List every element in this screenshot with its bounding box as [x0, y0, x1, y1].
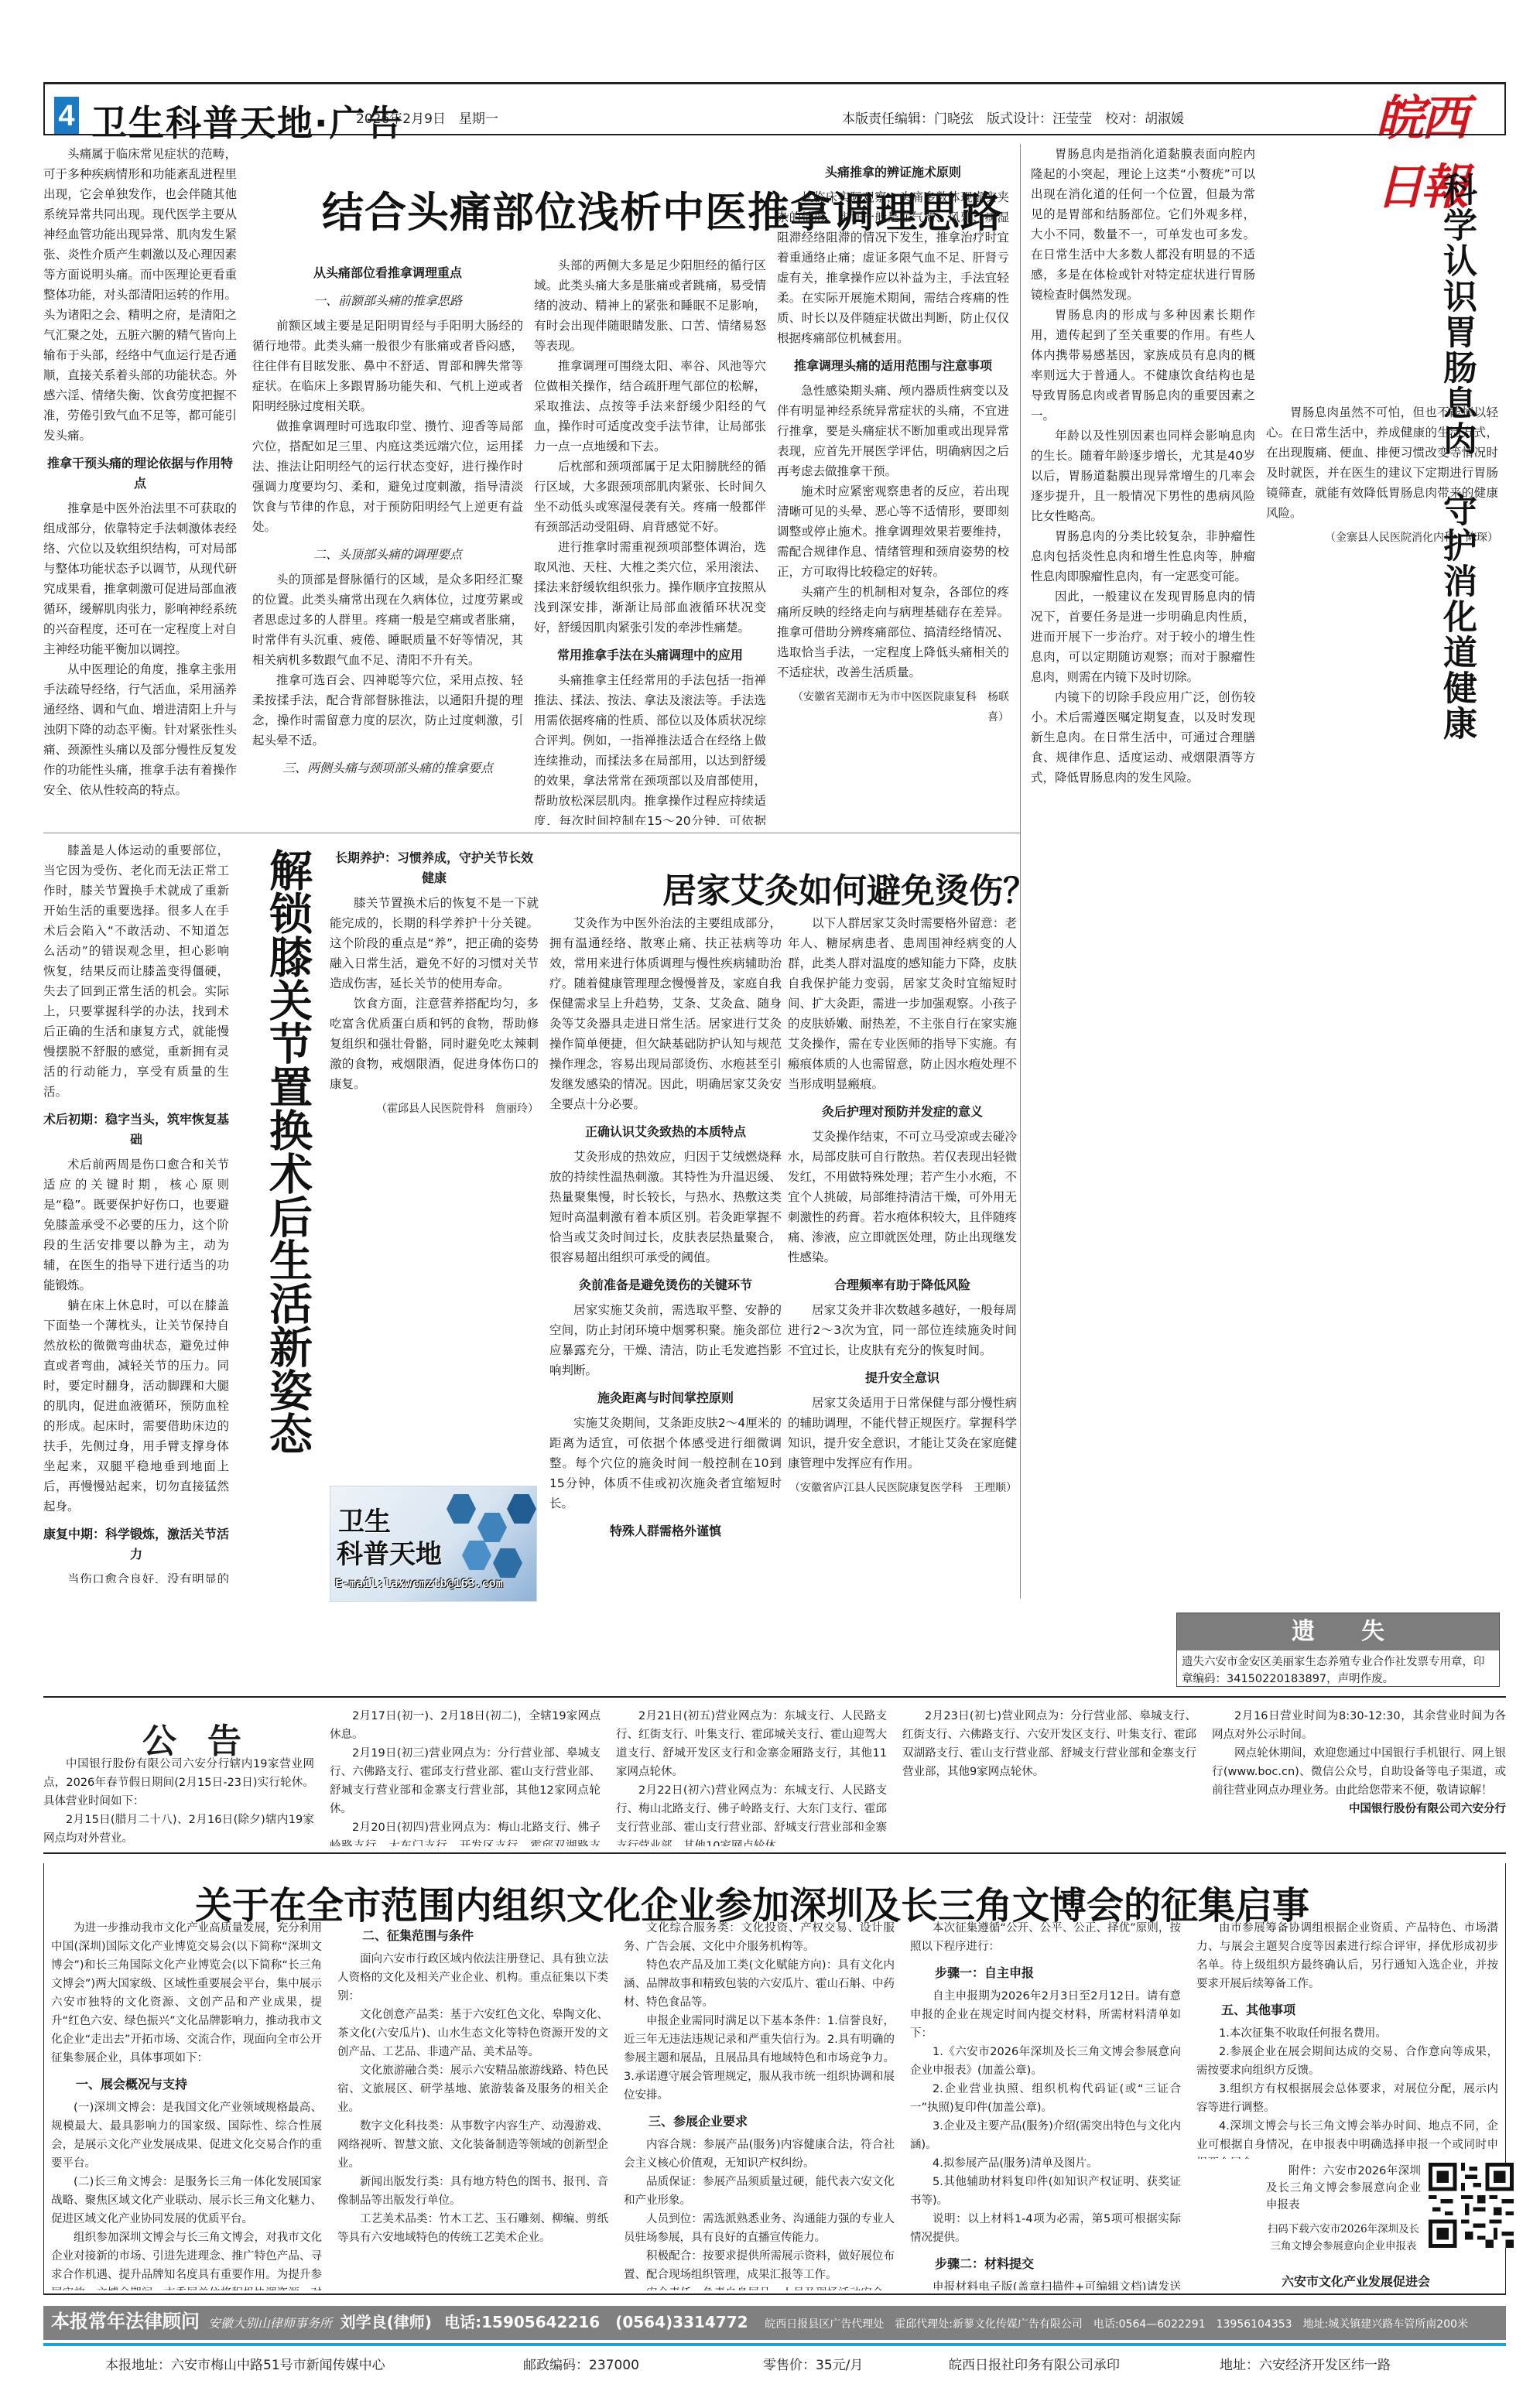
article-paragraph: 从中医理论的角度，推拿主张用手法疏导经络，行气活血，采用涵养通经络、调和气血、增…	[43, 659, 237, 800]
printer: 皖西日报社印务有限公司承印	[949, 2354, 1120, 2373]
headache-column-2: 从头痛部位看推拿调理重点 一、前额部头痛的推拿思路 前额区域主要是足阳明胃经与手…	[252, 255, 523, 825]
article-subheading: 推拿调理头痛的适用范围与注意事项	[777, 356, 1009, 376]
article-paragraph: 前额区域主要是足阳明胃经与手阳明大肠经的循行地带。此类头痛一般很少有胀痛或者昏闷…	[252, 316, 523, 416]
retail-price: 零售价：35元/月	[763, 2354, 863, 2373]
moxibustion-column-2: 以下人群居家艾灸时需要格外留意：老年人、糖尿病患者、患周围神经病变的人群，此类人…	[788, 913, 1017, 1599]
notice-paragraph: 申报企业需同时满足以下基本条件：1.信誉良好，近三年无违法违规记录和严重失信行为…	[624, 2012, 895, 2105]
article-subheading: 康复中期：科学锻炼，激活关节活力	[43, 1524, 229, 1565]
lost-notice-body: 遗失六安市金安区美丽家生态养殖专业合作社发票专用章，印章编码：341502201…	[1177, 1650, 1499, 1691]
newspaper-page: 4 卫生科普天地·广告 2026年2月9日 星期一 本版责任编辑：门晓弦 版式设…	[43, 0, 1506, 2408]
notice-paragraph: 人员到位：需选派熟悉业务、沟通能力强的专业人员驻场参展，具有良好的直播宣传能力。	[624, 2210, 895, 2247]
notice-paragraph: 2.企业营业执照、组织机构代码证(或“三证合一”执照)复印件(加盖公章)。	[910, 2080, 1181, 2117]
article-paragraph: 推拿调理可围绕太阳、率谷、风池等穴位做相关操作，结合疏肝理气部位的松解，采取推法…	[534, 356, 766, 457]
lost-notice-title: 遗失	[1177, 1613, 1499, 1650]
article-paragraph: 胃肠息肉的分类比较复杂，非肿瘤性息肉包括炎性息肉和增生性息肉等，肿瘤性息肉即腺瘤…	[1031, 526, 1255, 587]
expo-column-3: 文化综合服务类：文化投资、产权交易、设计服务、广告会展、文化中介服务机构等。 特…	[624, 1919, 895, 2290]
expo-column-5: 由市参展筹备协调组根据企业资质、产品特色、市场潜力、与展会主题契合度等因素进行综…	[1196, 1919, 1498, 2159]
footer-accent-line	[43, 2343, 1506, 2346]
notice-paragraph: 品质保证：参展产品须质量过硬，能代表六安文化和产业形象。	[624, 2173, 895, 2210]
notice-subheading: 一、展会概况与支持	[51, 2075, 322, 2094]
headache-lead-column: 头痛属于临床常见症状的范畴，可于多种疾病情形和功能紊乱进程里出现，它会单独发作，…	[43, 144, 237, 825]
article-paragraph: 急性感染期头痛、颅内器质性病变以及伴有明显神经系统异常症状的头痛，不宜进行推拿，…	[777, 381, 1009, 481]
article-paragraph: 实施艾灸期间，艾条距皮肤2～4厘米的距离为适宜，可依据个体感受进行细微调整。每个…	[549, 1413, 782, 1514]
notice-paragraph: (二)长三角文博会：是服务长三角一体化发展国家战略、聚焦区域文化产业联动、展示长…	[51, 2173, 322, 2228]
notice-paragraph: 组织参加深圳文博会与长三角文博会，对我市文化企业对接新的市场、引进先进理念、推广…	[51, 2228, 322, 2290]
notice-subheading: 步骤一：自主申报	[910, 1964, 1181, 1982]
notice-paragraph: 3.企业及主要产品(服务)介绍(需突出特色与文化内涵)。	[910, 2117, 1181, 2154]
postcode: 邮政编码：237000	[523, 2354, 639, 2373]
attachment-text: 附件：六安市2026年深圳及长三角文博会参展意向企业申报表	[1266, 2163, 1421, 2214]
notice-paragraph: 2月15日(腊月二十八)、2月16日(除夕)辖内19家网点均对外营业。	[43, 1811, 314, 1846]
article-paragraph: 膝盖是人体运动的重要部位，当它因为受伤、老化而无法正常工作时，膝关节置换手术就成…	[43, 840, 229, 1102]
polyp-column-1: 胃肠息肉是指消化道黏膜表面向腔内隆起的小突起，理论上这类“小赘疣”可以出现在消化…	[1031, 144, 1255, 1599]
legal-label: 本报常年法律顾问	[51, 2311, 200, 2332]
expo-signature: 六安市文化产业发展促进会	[1282, 2272, 1430, 2290]
notice-paragraph: 2月23日(初七)营业网点为：分行营业部、皋城支行、红街支行、六佛路支行、六安开…	[902, 1707, 1196, 1781]
bank-notice-column-3: 2月21日(初五)营业网点为：东城支行、人民路支行、红街支行、叶集支行、霍邱城关…	[616, 1707, 887, 1846]
article-subheading: 三、两侧头痛与颈项部头痛的推拿要点	[252, 758, 523, 778]
notice-paragraph: 数字文化科技类：从事数字内容生产、动漫游戏、网络视听、智慧文旅、文化装备制造等领…	[337, 2117, 608, 2173]
article-paragraph: 进行推拿时需重视颈项部整体调治，选取风池、天柱、大椎之类穴位，采用滚法、揉法来舒…	[534, 537, 766, 638]
notice-subheading: 二、征集范围与条件	[337, 1927, 608, 1945]
article-subheading: 灸前准备是避免烫伤的关键环节	[549, 1275, 782, 1295]
article-subheading: 常用推拿手法在头痛调理中的应用	[534, 645, 766, 665]
notice-paragraph: 由市参展筹备协调组根据企业资质、产品特色、市场潜力、与展会主题契合度等因素进行综…	[1196, 1919, 1498, 1993]
article-subheading: 提升安全意识	[788, 1368, 1017, 1388]
notice-paragraph: 2月19日(初三)营业网点为：分行营业部、皋城支行、六佛路支行、霍邱支行营业部、…	[330, 1744, 601, 1818]
article-paragraph: 胃肠息肉的形成与多种因素长期作用，遗传起到了至关重要的作用。有些人体内携带易感基…	[1031, 305, 1255, 426]
notice-paragraph: 文化创意产品类：基于六安红色文化、皋陶文化、茶文化(六安瓜片)、山水生态文化等特…	[337, 2006, 608, 2061]
masthead-bottom-rule	[43, 134, 1506, 135]
notice-paragraph: 2月21日(初五)营业网点为：东城支行、人民路支行、红街支行、叶集支行、霍邱城关…	[616, 1707, 887, 1781]
legal-advisor-bar: 本报常年法律顾问 安徽大别山律师事务所 刘学良(律师) 电话:159056422…	[43, 2306, 1506, 2340]
notice-paragraph: 网点轮休期间，欢迎您通过中国银行手机银行、网上银行(www.boc.cn)、微信…	[1212, 1744, 1506, 1800]
article-paragraph: 头痛推拿主任经常用的手法包括一指禅推法、揉法、按法、拿法及滚法等。手法选用需依据…	[534, 670, 766, 825]
knee-column-1: 膝盖是人体运动的重要部位，当它因为受伤、老化而无法正常工作时，膝关节置换手术就成…	[43, 840, 229, 1583]
paper-address: 本报地址：六安市梅山中路51号市新闻传媒中心	[105, 2354, 385, 2373]
article-paragraph: 后枕部和颈项部属于足太阳膀胱经的循行区域，大多跟颈项部肌肉紧张、长时间久坐不动低…	[534, 457, 766, 537]
article-paragraph: 胃肠息肉是指消化道黏膜表面向腔内隆起的小突起，理论上这类“小赘疣”可以出现在消化…	[1031, 144, 1255, 305]
headache-column-3: 头部的两侧大多是足少阳胆经的循行区域。此类头痛大多是胀痛或者跳痛，易受情绪的波动…	[534, 255, 766, 825]
article-paragraph: 做推拿调理时可选取印堂、攒竹、迎香等局部穴位，搭配如足三里、内庭这类远端穴位，运…	[252, 416, 523, 537]
article-subheading: 头痛推拿的辨证施术原则	[777, 162, 1009, 183]
printer-address: 地址：六安经济开发区纬一路	[1220, 2354, 1391, 2373]
qr-caption-text: 扫码下载六安市2026年深圳及长三角文博会参展意向企业申报表	[1266, 2221, 1421, 2255]
article-subheading: 灸后护理对预防并发症的意义	[788, 1102, 1017, 1122]
article-paragraph: 内镜下的切除手段应用广泛，创伤较小。术后需遵医嘱定期复查，以及时发现新生息肉。在…	[1031, 687, 1255, 788]
notice-paragraph: 申报材料电子版(盖章扫描件+可编辑文档)请发送至邮箱：laswjhy0511@1…	[910, 2278, 1181, 2290]
banner-email: E-mail:laxwcmztb@163.com	[335, 1576, 503, 1590]
article-paragraph: 施术时应紧密观察患者的反应，若出现清晰可见的头晕、恶心等不适情形，要即刻调整或停…	[777, 481, 1009, 582]
article-paragraph: 居家实施艾灸前，需选取平整、安静的空间，防止封闭环境中烟雾积聚。施灸部位应暴露充…	[549, 1300, 782, 1380]
article-paragraph: 艾灸形成的热效应，归因于艾绒燃烧释放的持续性温热刺激。其特性为升温迟缓、热量聚集…	[549, 1147, 782, 1267]
bank-notice-signature: 中国银行股份有限公司六安分行	[1212, 1800, 1506, 1818]
article-paragraph: 膝关节置换术后的恢复不是一下就能完成的，长期的科学养护十分关键。这个阶段的重点是…	[330, 893, 539, 994]
expo-attachment: 附件：六安市2026年深圳及长三角文博会参展意向企业申报表	[1266, 2163, 1421, 2217]
notice-paragraph: 说明：以上材料1-4项为必需，第5项可根据实际情况提供。	[910, 2210, 1181, 2247]
article-paragraph: 艾灸作为中医外治法的主要组成部分，拥有温通经络、散寒止痛、扶正祛病等功效，常用来…	[549, 913, 782, 1114]
article-paragraph: 年龄以及性别因素也同样会影响息肉的生长。随着年龄逐步增长，尤其是40岁以后，胃肠…	[1031, 426, 1255, 526]
article-subheading: 术后初期：稳字当头，筑牢恢复基础	[43, 1110, 229, 1150]
article-paragraph: 头痛属于临床常见症状的范畴，可于多种疾病情形和功能紊乱进程里出现，它会单独发作，…	[43, 144, 237, 446]
ad-agency-info: 皖西日报县区广告代理处 霍邱代理处:新蓼文化传媒广告有限公司 电话:0564—6…	[765, 2318, 1468, 2331]
article-paragraph: 以下人群居家艾灸时需要格外留意：老年人、糖尿病患者、患周围神经病变的人群，此类人…	[788, 913, 1017, 1094]
notice-subheading: 步骤二：材料提交	[910, 2255, 1181, 2273]
notice-paragraph: 文化旅游融合类：展示六安精品旅游线路、特色民宿、文旅展区、研学基地、旅游装备及服…	[337, 2061, 608, 2117]
qr-code-icon	[1429, 2163, 1514, 2248]
article-subheading: 长期养护：习惯养成，守护关节长效健康	[330, 848, 539, 888]
headache-column-4: 头痛推拿的辨证施术原则 从临床实际观察，头痛多数体现虚实夹杂的情形，实证一般是在…	[777, 155, 1009, 825]
notice-paragraph: 本次征集遵循“公开、公平、公正、择优”原则，按照以下程序进行：	[910, 1919, 1181, 1956]
notice-paragraph: (一)深圳文博会：是我国文化产业领域规格最高、规模最大、最具影响力的国家级、国际…	[51, 2098, 322, 2173]
article-paragraph: 居家艾灸适用于日常保健与部分慢性病的辅助调理，不能代替正规医疗。掌握科学知识，提…	[788, 1393, 1017, 1473]
bank-notice-column-1: 中国银行股份有限公司六安分行辖内19家营业网点，2026年春节假日期间(2月15…	[43, 1755, 314, 1846]
article-paragraph: 躺在床上休息时，可以在膝盖下面垫一个薄枕头，让关节保持自然放松的微微弯曲状态，避…	[43, 1295, 229, 1517]
expo-left-border	[43, 1863, 44, 2293]
knee-column-2: 长期养护：习惯养成，守护关节长效健康 膝关节置换术后的恢复不是一下就能完成的，长…	[330, 840, 539, 1483]
notice-paragraph: 为进一步推动我市文化产业高质量发展，充分利用中国(深圳)国际文化产业博览交易会(…	[51, 1919, 322, 2068]
notice-paragraph: 新闻出版发行类：具有地方特色的图书、报刊、音像制品等出版发行单位。	[337, 2173, 608, 2210]
editor-credits: 本版责任编辑：门晓弦 版式设计：汪莹莹 校对：胡淑媛	[842, 108, 1184, 127]
article-paragraph: 从临床实际观察，头痛多数体现虚实夹杂的情形，实证一般是在气滞、风邪、痰湿阻滞经络…	[777, 187, 1009, 348]
article-paragraph: 艾灸操作结束，不可立马受凉或去碰冷水，局部皮肤可自行散热。若仅表现出轻微发红，不…	[788, 1127, 1017, 1267]
bank-notice-column-2: 2月17日(初一)、2月18日(初二)，全辖19家网点休息。 2月19日(初三)…	[330, 1707, 601, 1846]
article-paragraph: 居家艾灸并非次数越多越好，一般每周进行2～3次为宜，同一部位连续施灸时间不宜过长…	[788, 1300, 1017, 1360]
knee-vertical-headline: 解锁膝关节置换术后生活新姿态	[262, 848, 313, 1483]
notice-paragraph: 1.《六安市2026年深圳及长三角文博会参展意向企业申报表》(加盖公章)。	[910, 2043, 1181, 2080]
notice-paragraph: 3.组织方有权根据展会总体要求，对展位分配，展示内容等进行调整。	[1196, 2080, 1498, 2117]
article-byline: （安徽省庐江县人民医院康复医学科 王理顺）	[788, 1478, 1017, 1498]
notice-paragraph: 2月17日(初一)、2月18日(初二)，全辖19家网点休息。	[330, 1707, 601, 1744]
article-paragraph: 因此，一般建议在发现胃肠息肉的情况下，首要任务是进一步明确息肉性质，进而开展下一…	[1031, 587, 1255, 687]
article-subheading: 施灸距离与时间掌控原则	[549, 1388, 782, 1408]
publication-date: 2026年2月9日 星期一	[356, 108, 498, 127]
notice-paragraph: 中国银行股份有限公司六安分行辖内19家营业网点，2026年春节假日期间(2月15…	[43, 1755, 314, 1811]
article-paragraph: 头痛产生的机制相对复杂，各部位的疼痛所反映的经络走向与病理基础存在差异。推拿可借…	[777, 582, 1009, 682]
notice-paragraph: 5.其他辅助材料复印件(如知识产权证明、获奖证书等)。	[910, 2173, 1181, 2210]
article-subheading: 合理频率有助于降低风险	[788, 1275, 1017, 1295]
moxibustion-headline: 居家艾灸如何避免烫伤？	[662, 863, 1037, 912]
article-paragraph: 术后前两周是伤口愈合和关节适应的关键时期，核心原则是“稳”。既要保护好伤口，也要…	[43, 1154, 229, 1295]
lost-notice-box: 遗失 遗失六安市金安区美丽家生态养殖专业合作社发票专用章，印章编码：341502…	[1176, 1613, 1500, 1687]
banner-title-line2: 科普天地	[337, 1533, 442, 1571]
page-number-badge: 4	[54, 97, 79, 135]
article-subheading: 二、头顶部头痛的调理要点	[252, 545, 523, 565]
article-paragraph: 推拿是中医外治法里不可获取的组成部分，依靠特定手法刺激体表经络、穴位以及软组织结…	[43, 498, 237, 659]
notice-subheading: 五、其他事项	[1196, 2001, 1498, 2020]
legal-phone: 电话:15905642216 (0564)3314772	[444, 2313, 748, 2331]
masthead: 4 卫生科普天地·广告 2026年2月9日 星期一 本版责任编辑：门晓弦 版式设…	[43, 84, 1506, 134]
notice-paragraph: 特色农产品及加工类(文化赋能方向)：具有文化内涵、品牌故事和精致包装的六安瓜片、…	[624, 1956, 895, 2012]
law-firm: 安徽大别山律师事务所	[208, 2316, 332, 2331]
notice-paragraph: 文化综合服务类：文化投资、产权交易、设计服务、广告会展、文化中介服务机构等。	[624, 1919, 895, 1956]
article-byline: （安徽省芜湖市无为市中医医院康复科 杨联喜）	[777, 687, 1009, 727]
article-paragraph: 当伤口愈合良好，没有明显的疼痛和肿胀时，就可以进入康复锻炼的阶段。这个时期的核心…	[43, 1569, 229, 1583]
article-subheading: 推拿干预头痛的理论依据与作用特点	[43, 453, 237, 494]
article-paragraph: 饮食方面，注意营养搭配均匀，多吃富含优质蛋白质和钙的食物，帮助修复组织和强壮骨骼…	[330, 994, 539, 1094]
notice-subheading: 三、参展企业要求	[624, 2112, 895, 2131]
notice-paragraph: 内容合规：参展产品(服务)内容健康合法，符合社会主义核心价值观，无知识产权纠纷。	[624, 2136, 895, 2173]
notice-paragraph: 安全责任：负责自身展品、人员及现场活动安全，遵守展会安全规定。	[624, 2284, 895, 2290]
notice-paragraph: 2.参展企业在展会期间达成的交易、合作意向等成果，需按要求向组织方反馈。	[1196, 2043, 1498, 2080]
expo-column-1: 为进一步推动我市文化产业高质量发展，充分利用中国(深圳)国际文化产业博览交易会(…	[51, 1919, 322, 2290]
article-subheading: 从头痛部位看推拿调理重点	[252, 263, 523, 283]
notice-paragraph: 积极配合：按要求提供所需展示资料，做好展位布置、配合现场组织管理，成果汇报等工作…	[624, 2247, 895, 2284]
notice-bottom-rule	[43, 1852, 1506, 1854]
notice-paragraph: 1.本次征集不收取任何报名费用。	[1196, 2024, 1498, 2043]
section-divider	[43, 833, 1020, 833]
notice-paragraph: 面向六安市行政区域内依法注册登记、具有独立法人资格的文化及相关产业企业、机构。重…	[337, 1950, 608, 2006]
notice-paragraph: 4.拟参展产品(服务)清单及图片。	[910, 2154, 1181, 2173]
article-byline: （霍邱县人民医院骨科 詹丽玲）	[330, 1099, 539, 1119]
notice-paragraph: 自主申报期为2026年2月3日至2月12日。请有意申报的企业在规定时间内提交材料…	[910, 1987, 1181, 2043]
article-subheading: 一、前额部头痛的推拿思路	[252, 291, 523, 311]
polyp-vertical-headline: 科学认识胃肠息肉 守护消化道健康	[1436, 172, 1477, 853]
expo-bottom-rule	[43, 2293, 1506, 2295]
qr-caption: 扫码下载六安市2026年深圳及长三角文博会参展意向企业申报表	[1266, 2221, 1421, 2275]
article-subheading: 正确认识艾灸致热的本质特点	[549, 1122, 782, 1142]
health-science-banner: 卫生 科普天地 E-mail:laxwcmztb@163.com	[330, 1486, 537, 1602]
moxibustion-column-1: 艾灸作为中医外治法的主要组成部分，拥有温通经络、散寒止痛、扶正祛病等功效，常用来…	[549, 913, 782, 1599]
qr-code[interactable]	[1429, 2163, 1514, 2248]
article-paragraph: 推拿可选百会、四神聪等穴位，采用点按、轻柔按揉手法，配合背部督脉推法，以通阳升提…	[252, 670, 523, 751]
notice-paragraph: 工艺美术品类：竹木工艺、玉石雕刻、柳编、剪纸等具有六安地域特色的传统工艺美术企业…	[337, 2210, 608, 2247]
bank-notice-column-5: 2月16日营业时间为8:30-12:30，其余营业时间为各网点对外公示时间。 网…	[1212, 1707, 1506, 1846]
article-subheading: 特殊人群需格外谨慎	[549, 1521, 782, 1541]
notice-paragraph: 2月20日(初四)营业网点为：梅山北路支行、佛子岭路支行、大东门支行、开发区支行…	[330, 1818, 601, 1846]
expo-column-2: 二、征集范围与条件 面向六安市行政区域内依法注册登记、具有独立法人资格的文化及相…	[337, 1919, 608, 2290]
notice-top-rule	[43, 1696, 1506, 1698]
article-paragraph: 头的顶部是督脉循行的区域，是众多阳经汇聚的位置。此类头痛常出现在久病体位，过度劳…	[252, 570, 523, 670]
notice-paragraph: 2月22日(初六)营业网点为：东城支行、人民路支行、梅山北路支行、佛子岭路支行、…	[616, 1781, 887, 1846]
expo-column-4: 本次征集遵循“公开、公平、公正、择优”原则，按照以下程序进行： 步骤一：自主申报…	[910, 1919, 1181, 2290]
article-paragraph: 头部的两侧大多是足少阳胆经的循行区域。此类头痛大多是胀痛或者跳痛，易受情绪的波动…	[534, 255, 766, 356]
bank-notice-column-4: 2月23日(初七)营业网点为：分行营业部、皋城支行、红街支行、六佛路支行、六安开…	[902, 1707, 1196, 1846]
lawyer-name: 刘学良(律师)	[341, 2313, 432, 2331]
notice-paragraph: 4.深圳文博会与长三角文博会举办时间、地点不同，企业可根据自身情况，在申报表中明…	[1196, 2117, 1498, 2159]
notice-paragraph: 2月16日营业时间为8:30-12:30，其余营业时间为各网点对外公示时间。	[1212, 1707, 1506, 1744]
